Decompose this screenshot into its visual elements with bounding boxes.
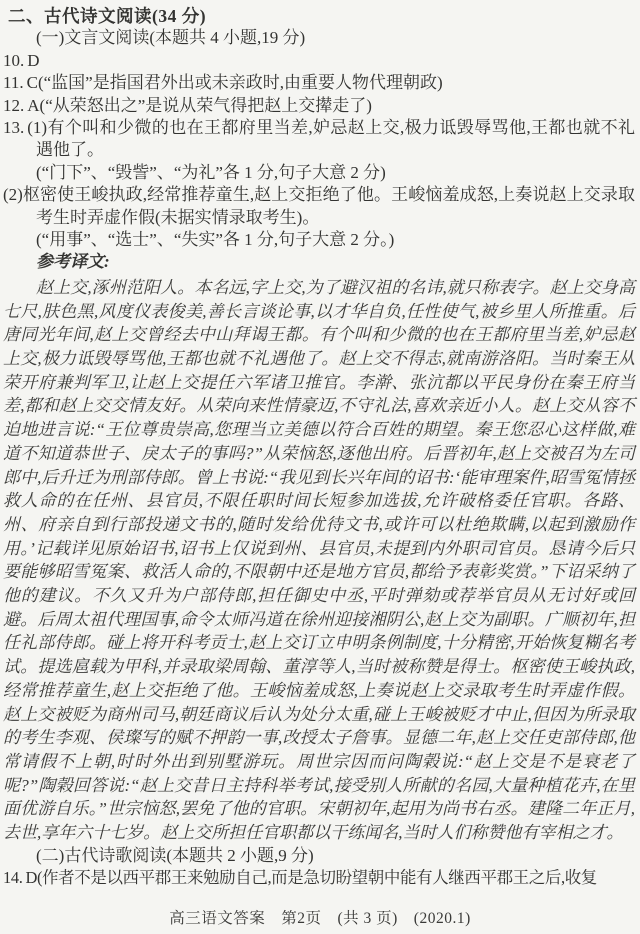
answer-line-11: 11.C(“监国”是指国君外出或未亲政时,由重要人物代理朝政) xyxy=(3,72,635,94)
reference-translation-heading: 参考译文: xyxy=(36,251,635,273)
answer-line-14: 14.D(作者不是以西平郡王来勉励自己,而是急切盼望朝中能有人继西平郡王之后,收… xyxy=(3,867,635,889)
answer-number: 14. xyxy=(3,868,22,887)
answer-number: 11. xyxy=(3,73,24,92)
answer-13-part2-note: (“用事”、“选士”、“失实”各 1 分,句子大意 2 分。) xyxy=(36,229,635,251)
answer-13-part1: 13.(1)有个叫和少微的也在王都府里当差,妒忌赵上交,极力诋毁辱骂他,王都也就… xyxy=(3,117,635,162)
answer-13-part1-note: (“门下”、“毁訾”、“为礼”各 1 分,句子大意 2 分) xyxy=(36,162,635,184)
answer-text: (2)枢密使王峻执政,经常推荐童生,赵上交拒绝了他。王峻恼羞成怒,上奏说赵上交录… xyxy=(3,185,635,226)
answer-line-10: 10.D xyxy=(3,50,635,72)
answer-number: 12. xyxy=(3,96,24,115)
answer-sheet-page: 二、古代诗文阅读(34 分) (一)文言文阅读(本题共 4 小题,19 分) 1… xyxy=(0,0,640,934)
page-footer: 高三语文答案 第2页 (共 3 页) (2020.1) xyxy=(0,906,640,928)
answer-text: C(“监国”是指国君外出或未亲政时,由重要人物代理朝政) xyxy=(27,73,443,92)
answer-13-part2: (2)枢密使王峻执政,经常推荐童生,赵上交拒绝了他。王峻恼羞成怒,上奏说赵上交录… xyxy=(3,184,635,229)
answer-text: D(作者不是以西平郡王来勉励自己,而是急切盼望朝中能有人继西平郡王之后,收复 xyxy=(25,868,596,887)
answer-text: (1)有个叫和少微的也在王都府里当差,妒忌赵上交,极力诋毁辱骂他,王都也就不礼遇… xyxy=(27,118,635,159)
section-title: 二、古代诗文阅读(34 分) xyxy=(8,5,635,27)
answer-line-12: 12.A(“从荣怒出之”是说从荣气得把赵上交撵走了) xyxy=(3,95,635,117)
reference-translation-body: 赵上交,涿州范阳人。本名远,字上交,为了避汉祖的名讳,就只称表字。赵上交身高七尺… xyxy=(3,276,635,845)
answer-text: D xyxy=(27,51,39,70)
subsection-1-title: (一)文言文阅读(本题共 4 小题,19 分) xyxy=(36,27,635,49)
answer-text: A(“从荣怒出之”是说从荣气得把赵上交撵走了) xyxy=(27,96,372,115)
answer-number: 10. xyxy=(3,51,24,70)
answer-number: 13. xyxy=(3,118,24,137)
subsection-2-title: (二)古代诗歌阅读(本题共 2 小题,9 分) xyxy=(36,845,635,867)
